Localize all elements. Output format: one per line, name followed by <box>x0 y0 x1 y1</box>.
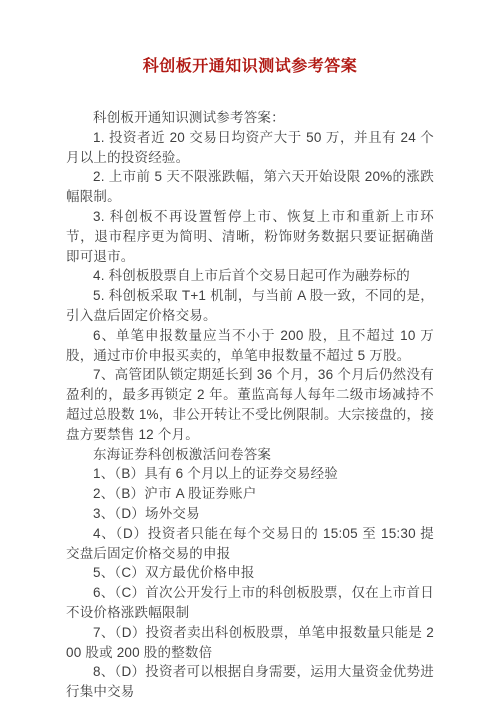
document-page: 科创板开通知识测试参考答案 科创板开通知识测试参考答案：1. 投资者近 20 交… <box>0 0 500 707</box>
document-title: 科创板开通知识测试参考答案 <box>66 56 434 78</box>
paragraph: 7、高管团队锁定期延长到 36 个月，36 个月后仍然没有盈利的，最多再锁定 2… <box>66 365 434 444</box>
document-body: 科创板开通知识测试参考答案：1. 投资者近 20 交易日均资产大于 50 万，并… <box>66 108 434 702</box>
document: 科创板开通知识测试参考答案 科创板开通知识测试参考答案：1. 投资者近 20 交… <box>0 0 500 702</box>
paragraph: 6、（C）首次公开发行上市的科创板股票，仅在上市首日不设价格涨跌幅限制 <box>66 583 434 623</box>
paragraph: 1. 投资者近 20 交易日均资产大于 50 万，并且有 24 个月以上的投资经… <box>66 128 434 168</box>
paragraph: 4. 科创板股票自上市后首个交易日起可作为融券标的 <box>66 266 434 286</box>
paragraph: 4、（D）投资者只能在每个交易日的 15:05 至 15:30 提交盘后固定价格… <box>66 524 434 564</box>
paragraph: 3、（D）场外交易 <box>66 504 434 524</box>
paragraph: 5、（C）双方最优价格申报 <box>66 563 434 583</box>
paragraph: 1、（B）具有 6 个月以上的证券交易经验 <box>66 464 434 484</box>
paragraph: 8、（D）投资者可以根据自身需要，运用大量资金优势进行集中交易 <box>66 662 434 702</box>
paragraph: 5. 科创板采取 T+1 机制，与当前 A 股一致，不同的是，引入盘后固定价格交… <box>66 286 434 326</box>
paragraph: 科创板开通知识测试参考答案： <box>66 108 434 128</box>
paragraph: 2、（B）沪市 A 股证券账户 <box>66 484 434 504</box>
paragraph: 7、（D）投资者卖出科创板股票，单笔申报数量只能是 200 股或 200 股的整… <box>66 623 434 663</box>
paragraph: 6、单笔申报数量应当不小于 200 股，且不超过 10 万股，通过市价申报买卖的… <box>66 326 434 366</box>
paragraph: 东海证券科创板激活问卷答案 <box>66 445 434 465</box>
paragraph: 2. 上市前 5 天不限涨跌幅，第六天开始设限 20%的涨跌幅限制。 <box>66 167 434 207</box>
paragraph: 3. 科创板不再设置暂停上市、恢复上市和重新上市环节，退市程序更为简明、清晰，粉… <box>66 207 434 266</box>
